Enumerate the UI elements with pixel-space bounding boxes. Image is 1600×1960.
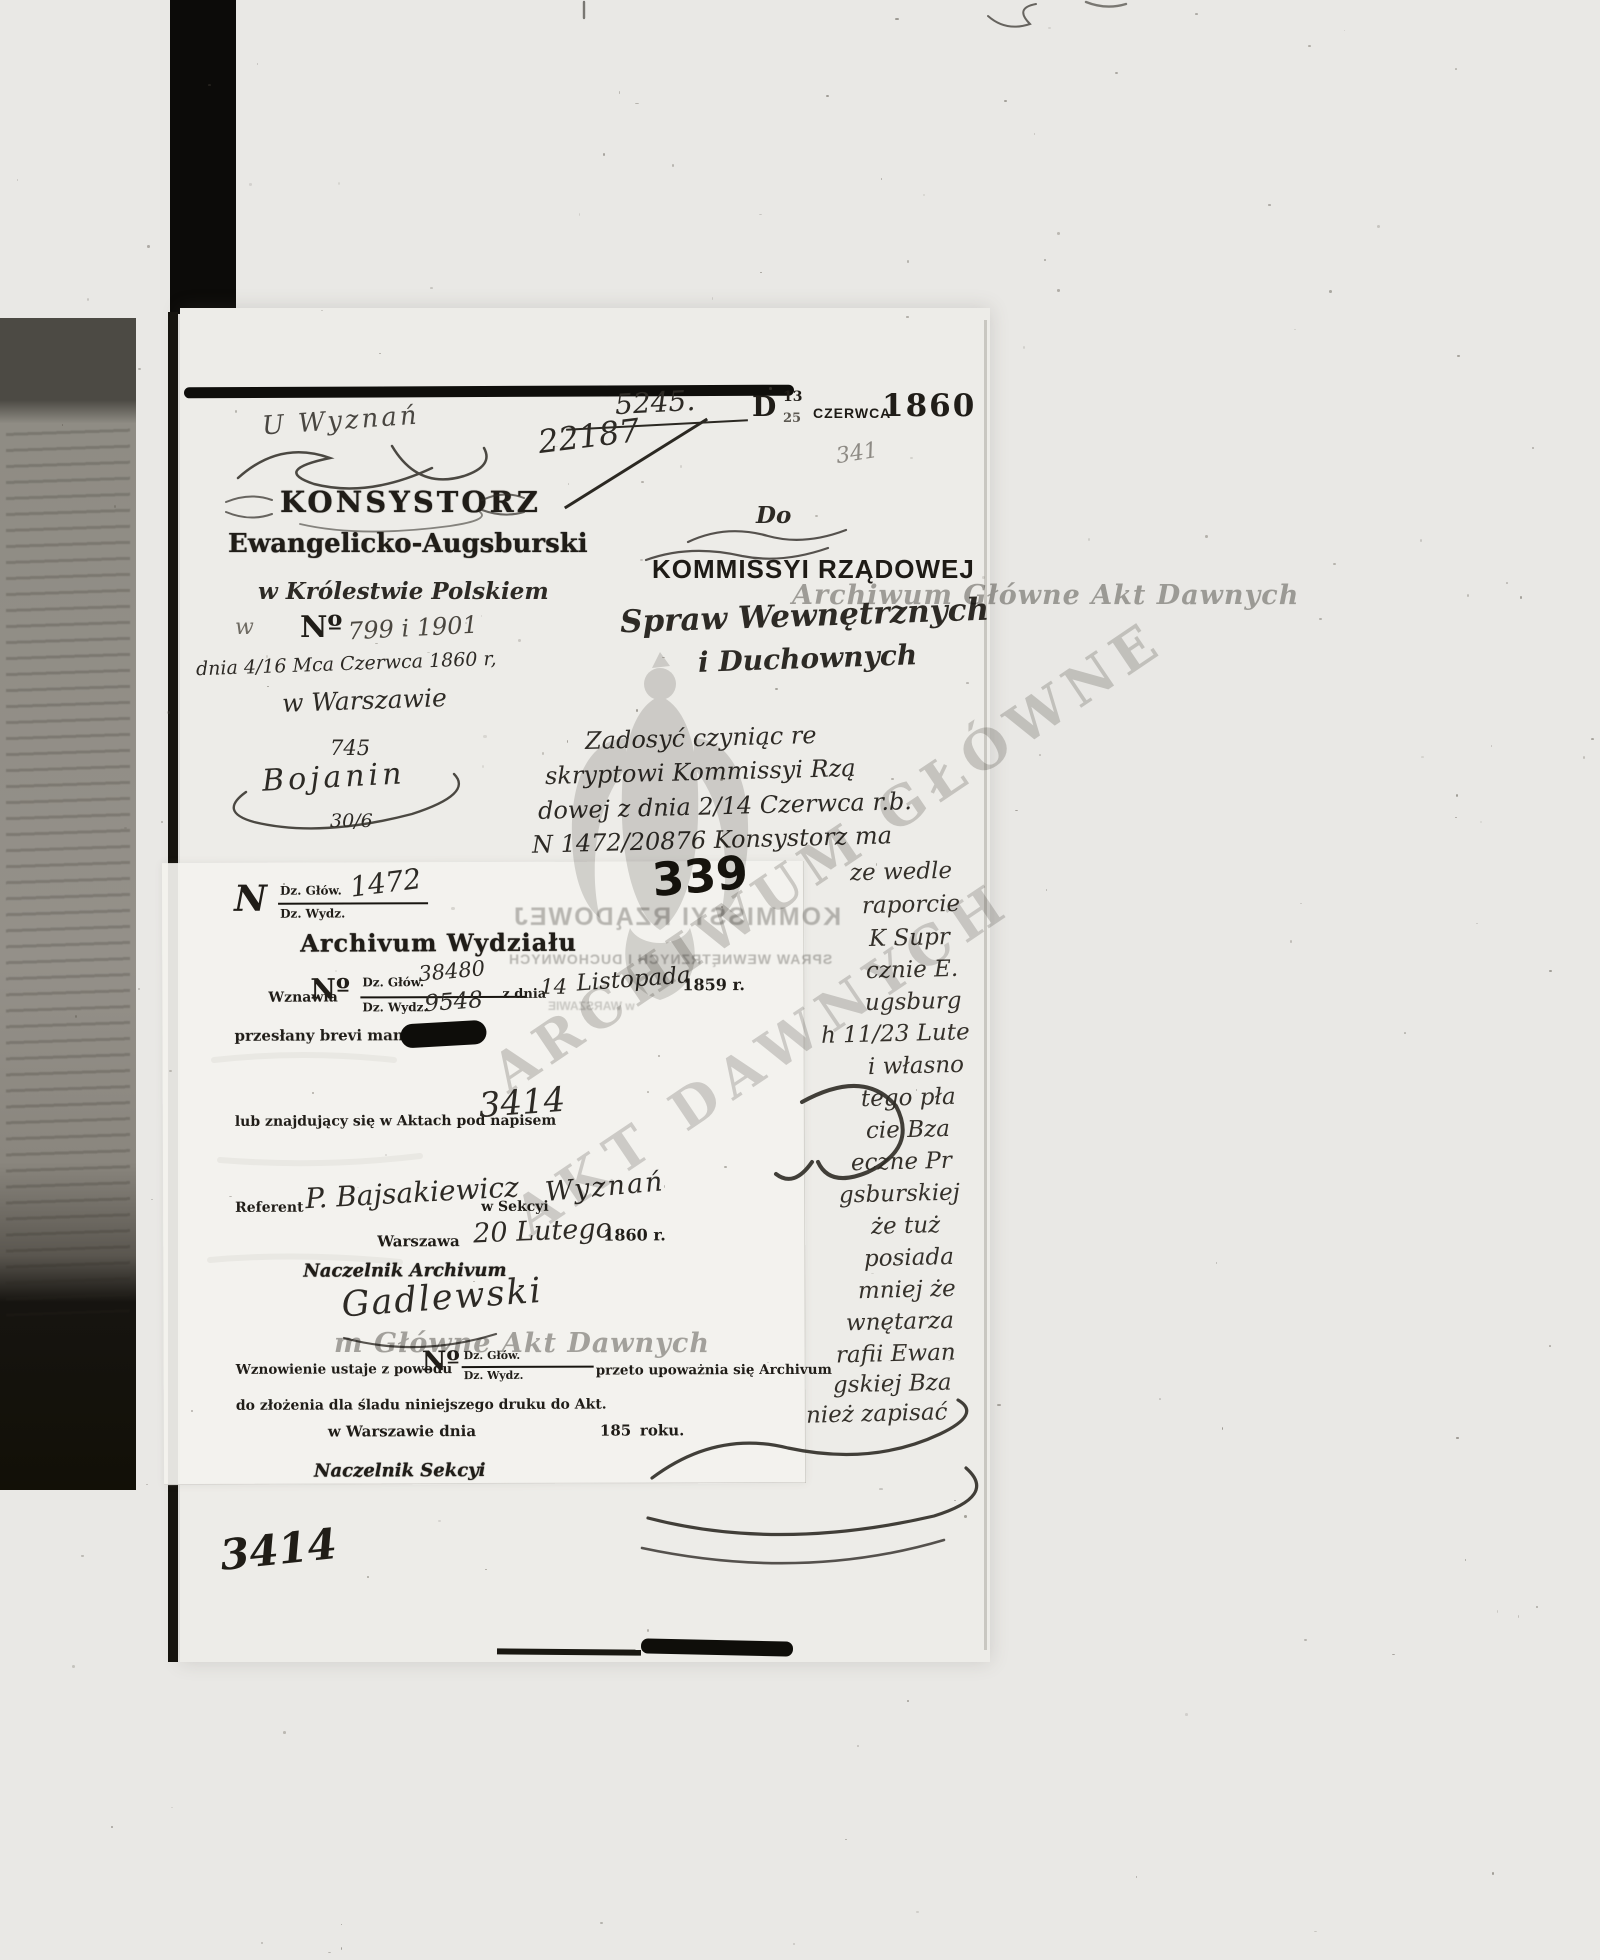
datestamp-day-upper: 13 <box>783 390 802 405</box>
body-line: Zadosyć czyniąc re <box>585 723 817 754</box>
letterhead-margin-w: w <box>235 616 254 639</box>
page-bottom-edge-2 <box>641 1638 793 1656</box>
slip-warsaw-line: w Warszawie dnia <box>328 1424 476 1440</box>
letterhead-signature: Bojanin <box>261 758 406 797</box>
letterhead-note-date: 30/6 <box>330 812 373 832</box>
letterhead-place: w Warszawie <box>282 685 448 717</box>
slip-glow-label: Dz. Głów. <box>362 976 424 989</box>
slip-resume-label: Wznowienie ustaje z powodu <box>236 1362 453 1377</box>
body-fragment: gskiej Bza <box>833 1371 952 1398</box>
film-black-bar <box>170 0 236 314</box>
body-fragment: eczne Pr <box>851 1149 952 1176</box>
slip-file-line: do złożenia dla śladu niniejszego druku … <box>236 1398 607 1414</box>
letterhead-note-745: 745 <box>330 737 370 759</box>
slip-glow-value: 38480 <box>417 957 486 985</box>
datestamp-year: 1860 <box>882 390 976 423</box>
slip-fraction-top: Dz. Głów. <box>280 884 342 897</box>
watermark-top-right: Archiwum Główne Akt Dawnych <box>792 582 1299 610</box>
body-fragment: nież zapisać <box>806 1400 948 1428</box>
slip-roku: roku. <box>640 1423 684 1439</box>
page-right-edge <box>984 320 987 1650</box>
letterhead-no-label: Nº <box>300 612 342 644</box>
slip-no-label: N <box>234 881 267 919</box>
body-fragment: cie Bza <box>866 1117 950 1143</box>
slip-renews-no: Nº <box>310 974 350 1004</box>
body-fragment: i własno <box>868 1053 965 1079</box>
slip-ink-blot <box>400 1020 487 1049</box>
slip-wydz-label: Dz. Wydz. <box>362 1001 427 1014</box>
adjacent-page-script-texture <box>6 420 130 1320</box>
recipient-line3: i Duchownych <box>698 640 918 677</box>
letterhead-org-title: KONSYSTORZ <box>280 487 541 517</box>
body-fragment: że tuż <box>870 1213 940 1239</box>
slip-year-blank: 185 <box>600 1423 631 1439</box>
body-fragment: gsburskiej <box>839 1181 960 1208</box>
letterhead-org-line2: Ewangelicko-Augsburski <box>228 531 588 558</box>
watermark-mid-left: m Główne Akt Dawnych <box>334 1330 710 1358</box>
slip-resume-fraction-bottom: Dz. Wydz. <box>464 1370 524 1382</box>
body-fragment: mniej że <box>858 1277 956 1304</box>
slip-wydz-value: 9548 <box>424 988 484 1016</box>
slip-city-year: 1860 r. <box>603 1227 666 1244</box>
datestamp-day-lower: 25 <box>783 412 801 426</box>
body-fragment: tego pła <box>861 1085 956 1111</box>
letterhead-org-line3: w Królestwie Polskiem <box>258 580 549 604</box>
slip-no-value: 1472 <box>348 864 422 902</box>
recipient-do: Do <box>756 504 791 528</box>
slip-referent-label: Referent <box>235 1201 303 1216</box>
slip-head-section: Naczelnik Sekcyi <box>314 1462 486 1481</box>
body-fragment: rafii Ewan <box>836 1341 956 1368</box>
page-bottom-edge-1 <box>497 1648 641 1655</box>
body-fragment: wnętarza <box>846 1309 954 1336</box>
slip-resume-line <box>462 1366 594 1368</box>
datestamp-month: CZERWCA <box>813 406 891 421</box>
slip-fraction-bottom: Dz. Wydz. <box>280 907 345 920</box>
document-scan: 5245. 22187 D 13 25 CZERWCA 1860 341 U W… <box>0 0 1600 1960</box>
archival-number-3414: 3414 <box>218 1522 339 1578</box>
slip-city: Warszawa <box>377 1234 460 1250</box>
datestamp-letter: D <box>752 392 776 421</box>
slip-resume-right: przeto upoważnia się Archivum <box>596 1363 832 1378</box>
body-fragment: posiada <box>864 1245 954 1271</box>
